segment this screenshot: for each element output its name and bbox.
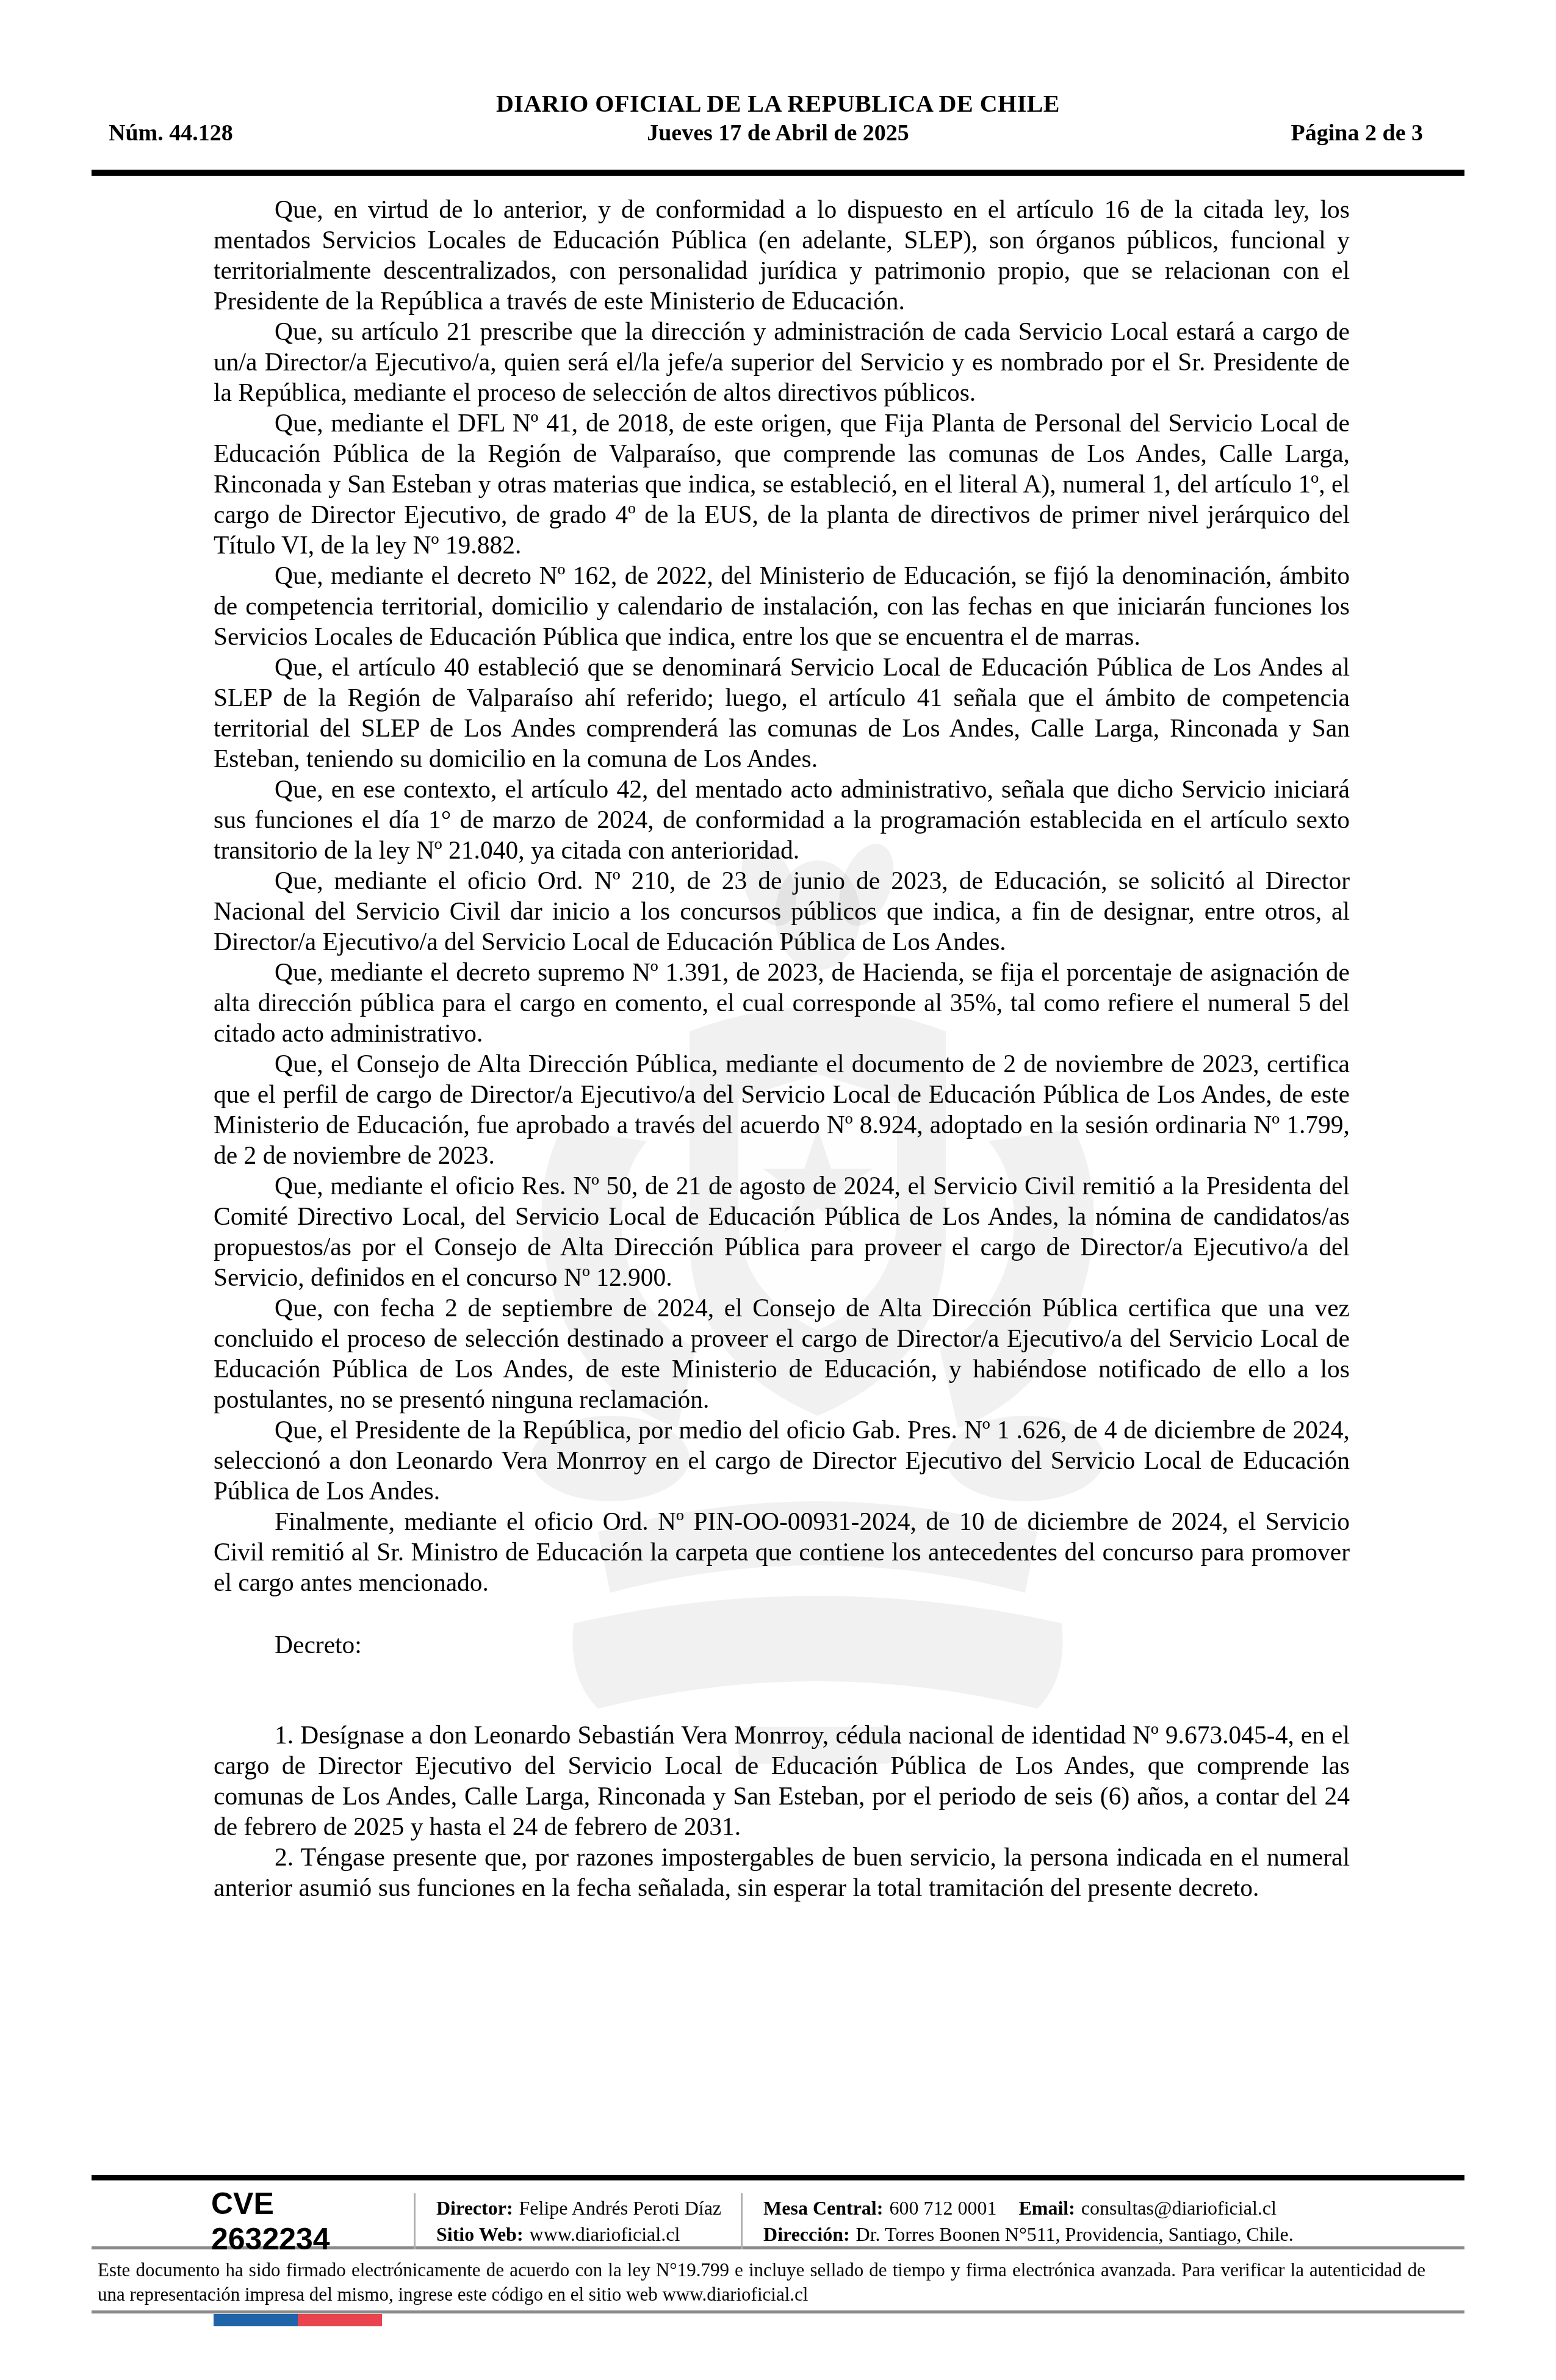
body-paragraph: Que, con fecha 2 de septiembre de 2024, … xyxy=(214,1293,1350,1415)
body-paragraph: Que, su artículo 21 prescribe que la dir… xyxy=(214,316,1350,408)
contact-column: Mesa Central:600 712 0001Email:consultas… xyxy=(741,2193,1294,2249)
body-paragraph: Que, mediante el oficio Res. Nº 50, de 2… xyxy=(214,1170,1350,1293)
cve-code: CVE 2632234 xyxy=(211,2186,394,2257)
page-number: Página 2 de 3 xyxy=(1291,120,1423,146)
legal-notice: Este documento ha sido firmado electróni… xyxy=(98,2258,1425,2307)
flag-red-block xyxy=(298,2314,382,2326)
body-paragraph: Que, en virtud de lo anterior, y de conf… xyxy=(214,194,1350,316)
body-paragraph: Finalmente, mediante el oficio Ord. Nº P… xyxy=(214,1506,1350,1598)
mesa-central-label: Mesa Central: xyxy=(763,2197,883,2219)
address-value: Dr. Torres Boonen N°511, Providencia, Sa… xyxy=(856,2223,1294,2245)
director-line: Director:Felipe Andrés Peroti Díaz xyxy=(436,2195,721,2221)
bottom-rule xyxy=(92,2310,1464,2313)
email-label: Email: xyxy=(1018,2197,1075,2219)
body-paragraph: Que, mediante el decreto supremo Nº 1.39… xyxy=(214,957,1350,1048)
body-paragraph: Que, el Consejo de Alta Dirección Públic… xyxy=(214,1048,1350,1170)
chile-flag-mark xyxy=(214,2314,382,2326)
decree-heading: Decreto: xyxy=(214,1629,1350,1660)
header-meta-row: Núm. 44.128 Jueves 17 de Abril de 2025 P… xyxy=(0,120,1556,150)
body-paragraph: Que, el Presidente de la República, por … xyxy=(214,1415,1350,1506)
footer-top-rule xyxy=(92,2175,1464,2180)
website-value: www.diarioficial.cl xyxy=(530,2223,680,2245)
address-label: Dirección: xyxy=(763,2223,850,2245)
header-rule xyxy=(92,170,1464,176)
phone-email-line: Mesa Central:600 712 0001Email:consultas… xyxy=(763,2195,1294,2221)
decree-item: 2. Téngase presente que, por razones imp… xyxy=(214,1842,1350,1903)
address-line: Dirección:Dr. Torres Boonen N°511, Provi… xyxy=(763,2221,1294,2248)
decree-item: 1. Desígnase a don Leonardo Sebastián Ve… xyxy=(214,1720,1350,1842)
cve-info-bar: CVE 2632234 Director:Felipe Andrés Perot… xyxy=(211,2192,1358,2251)
body-paragraph: Que, mediante el oficio Ord. Nº 210, de … xyxy=(214,865,1350,957)
body-paragraph: Que, mediante el decreto Nº 162, de 2022… xyxy=(214,560,1350,652)
newspaper-title: DIARIO OFICIAL DE LA REPUBLICA DE CHILE xyxy=(0,89,1556,118)
mesa-central-value: 600 712 0001 xyxy=(889,2197,996,2219)
decree-body: Que, en virtud de lo anterior, y de conf… xyxy=(214,194,1350,1903)
document-page: DIARIO OFICIAL DE LA REPUBLICA DE CHILE … xyxy=(0,0,1556,2380)
body-paragraph: Que, en ese contexto, el artículo 42, de… xyxy=(214,774,1350,865)
flag-blue-block xyxy=(214,2314,298,2326)
body-paragraph: Que, el artículo 40 estableció que se de… xyxy=(214,652,1350,774)
website-line: Sitio Web:www.diarioficial.cl xyxy=(436,2221,721,2248)
email-value: consultas@diarioficial.cl xyxy=(1081,2197,1277,2219)
website-label: Sitio Web: xyxy=(436,2223,524,2245)
director-column: Director:Felipe Andrés Peroti Díaz Sitio… xyxy=(414,2193,721,2249)
director-value: Felipe Andrés Peroti Díaz xyxy=(519,2197,721,2219)
body-paragraph: Que, mediante el DFL Nº 41, de 2018, de … xyxy=(214,408,1350,560)
director-label: Director: xyxy=(436,2197,513,2219)
